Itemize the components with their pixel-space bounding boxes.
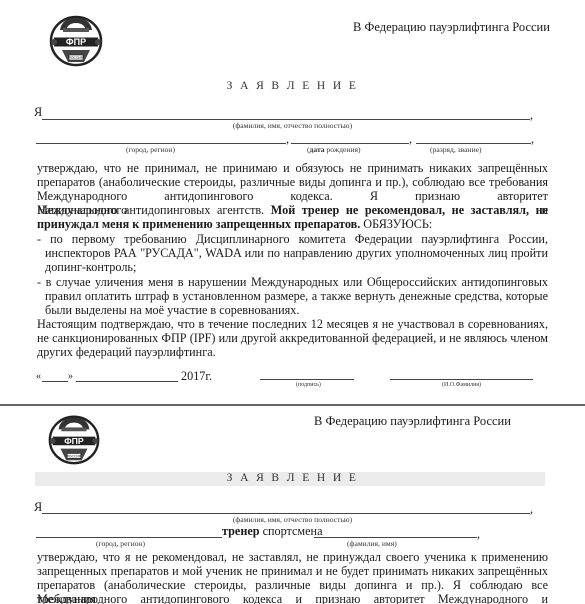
name-prefix: Я bbox=[34, 105, 42, 119]
full-name-caption: (фамилия, имя, отчество полностью) bbox=[0, 515, 585, 524]
obligation-item-cont: правил оплатить штраф в установленном ра… bbox=[45, 289, 548, 303]
full-name-field[interactable] bbox=[42, 513, 530, 514]
obligation-item-cont: были выделены на моё участие в соревнова… bbox=[45, 303, 556, 317]
body-line: препаратов (анаболические стероиды, разл… bbox=[37, 175, 548, 189]
fpr-logo-icon: ФПР РОССИЯ bbox=[46, 10, 106, 70]
body-line: утверждаю, что я не рекомендовал, не зас… bbox=[37, 550, 548, 564]
body-line: запрещенных препаратов и мой ученик не п… bbox=[37, 564, 548, 578]
signature-caption: (подпись) bbox=[296, 382, 321, 389]
svg-text:РОССИЯ: РОССИЯ bbox=[67, 455, 82, 459]
birth-date-field[interactable] bbox=[291, 143, 409, 144]
full-name-field[interactable] bbox=[42, 119, 530, 120]
body-line: утверждаю, что не принимал, не принимаю … bbox=[37, 161, 548, 175]
document-title: З А Я В Л Е Н И Е bbox=[0, 80, 585, 92]
body-line-mixed: принуждал меня к применению запрещенных … bbox=[37, 217, 548, 231]
confirmation-line: Настоящим подтверждаю, что в течение пос… bbox=[37, 317, 548, 331]
full-name-caption: (фамилия, имя, отчество полностью) bbox=[0, 121, 585, 130]
year-label: 2017г. bbox=[181, 369, 212, 383]
city-field[interactable] bbox=[36, 143, 286, 144]
name-prefix: Я bbox=[34, 500, 42, 514]
svg-text:РОССИЯ: РОССИЯ bbox=[69, 56, 84, 60]
initials-surname-field[interactable] bbox=[390, 379, 533, 380]
signature-field[interactable] bbox=[260, 379, 354, 380]
addressee: В Федерацию пауэрлифтинга России bbox=[353, 20, 550, 34]
city-caption: (город, регион) bbox=[96, 539, 145, 548]
rank-field[interactable] bbox=[416, 143, 531, 144]
addressee: В Федерацию пауэрлифтинга России bbox=[314, 414, 511, 428]
fpr-logo-icon: ФПР РОССИЯ bbox=[45, 410, 103, 468]
form-divider bbox=[0, 404, 585, 406]
svg-text:ФПР: ФПР bbox=[64, 436, 84, 446]
body-line: Международного антидопингового кодекса и… bbox=[37, 592, 548, 604]
city-field[interactable] bbox=[36, 537, 222, 538]
body-line-mixed: Национального антидопинговых агентств. М… bbox=[37, 203, 548, 217]
obligation-item: - в случае уличения меня в нарушении Меж… bbox=[37, 275, 548, 289]
obligation-item-cont: допинг-контроль; bbox=[45, 260, 556, 274]
svg-text:ФПР: ФПР bbox=[66, 37, 86, 47]
confirmation-line: других федераций пауэрлифтинга. bbox=[37, 345, 548, 359]
initials-surname-caption: (И.О.Фамилия) bbox=[442, 382, 481, 389]
athlete-caption: (фамилия, имя) bbox=[347, 539, 397, 548]
date-day-field[interactable] bbox=[42, 381, 68, 382]
confirmation-line: не санкционированных ФПР (IPF) или друго… bbox=[37, 331, 548, 345]
athlete-name-field[interactable] bbox=[314, 537, 477, 538]
date-month-field[interactable] bbox=[76, 381, 178, 382]
obligation-item-cont: инспекторов РАА "РУСАДА", WADA или по на… bbox=[45, 246, 548, 260]
document-title: З А Я В Л Е Н И Е bbox=[0, 472, 585, 484]
city-caption: (город, регион) bbox=[126, 145, 175, 154]
rank-caption: (разряд, звание) bbox=[430, 145, 482, 154]
coach-label: тренер спортсмена bbox=[222, 524, 323, 538]
obligation-item: - по первому требованию Дисциплинарного … bbox=[37, 232, 548, 246]
birth-date-caption: (дата рождения) bbox=[307, 145, 361, 154]
